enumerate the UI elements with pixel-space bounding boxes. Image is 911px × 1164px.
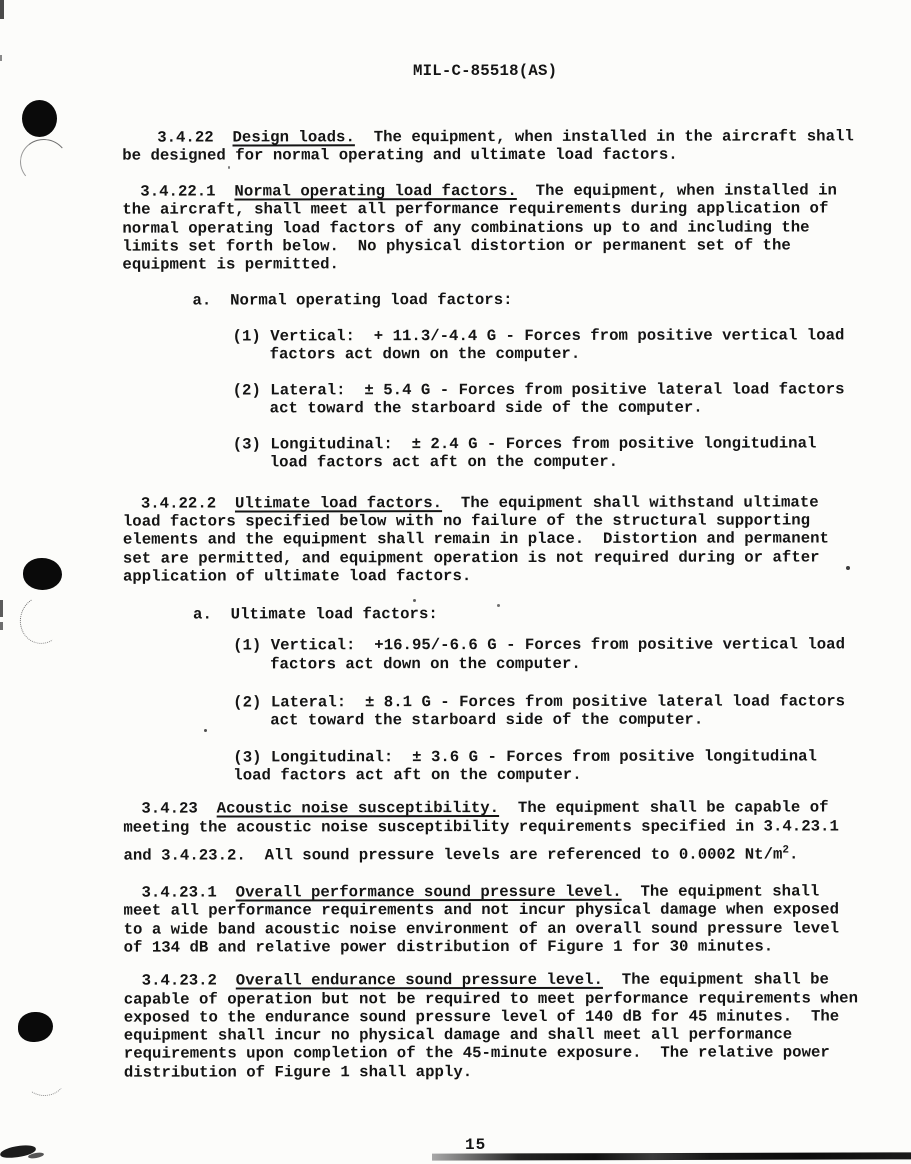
text-line: and 3.4.23.2. All sound pressure levels … xyxy=(123,841,893,865)
scan-arc-artifact-bottom xyxy=(22,1058,68,1098)
para-normal-operating-load-factors: 3.4.22.1 Normal operating load factors. … xyxy=(122,181,892,274)
scan-speck xyxy=(204,729,207,732)
item-ultimate-longitudinal: (3) Longitudinal: ± 3.6 G - Forces from … xyxy=(123,747,893,785)
text-line: normal operating load factors of any com… xyxy=(122,218,892,238)
left-edge-scan-mark xyxy=(0,622,3,630)
text-line: 3.4.22.1 Normal operating load factors. … xyxy=(122,181,892,201)
text-line: exposed to the endurance sound pressure … xyxy=(124,1007,894,1027)
text-line: the aircraft, shall meet all performance… xyxy=(122,200,892,220)
item-ultimate-vertical: (1) Vertical: +16.95/-6.6 G - Forces fro… xyxy=(123,636,893,674)
item-normal-longitudinal: (3) Longitudinal: ± 2.4 G - Forces from … xyxy=(123,434,893,472)
text-line: meet all performance requirements and no… xyxy=(124,901,894,921)
left-edge-scan-mark xyxy=(0,55,2,61)
text-line: of 134 dB and relative power distributio… xyxy=(124,937,894,957)
text-line: equipment is permitted. xyxy=(122,255,892,275)
scan-speck xyxy=(413,599,416,602)
text-line: (3) Longitudinal: ± 3.6 G - Forces from … xyxy=(123,747,893,767)
text-line: 3.4.23 Acoustic noise susceptibility. Th… xyxy=(123,799,893,819)
text-line: (2) Lateral: ± 8.1 G - Forces from posit… xyxy=(123,692,893,712)
text-line: factors act down on the computer. xyxy=(123,654,893,674)
text-line: be designed for normal operating and ult… xyxy=(122,146,892,166)
scan-speck xyxy=(846,566,850,570)
text-line: distribution of Figure 1 shall apply. xyxy=(124,1062,894,1082)
text-line: requirements upon completion of the 45-m… xyxy=(124,1044,894,1064)
list-label-normal-operating: a. Normal operating load factors: xyxy=(122,290,892,310)
scan-speck xyxy=(228,166,230,169)
text-line: load factors act aft on the computer. xyxy=(123,453,893,473)
text-line: meeting the acoustic noise susceptibilit… xyxy=(123,817,893,837)
para-ultimate-load-factors: 3.4.22.2 Ultimate load factors. The equi… xyxy=(123,493,893,586)
text-line: capable of operation but not be required… xyxy=(124,989,894,1009)
text-line: a. Normal operating load factors: xyxy=(122,290,892,310)
text-line: load factors act aft on the computer. xyxy=(123,765,893,785)
item-normal-vertical: (1) Vertical: + 11.3/-4.4 G - Forces fro… xyxy=(123,326,893,364)
list-label-ultimate: a. Ultimate load factors: xyxy=(123,604,893,624)
left-edge-scan-mark xyxy=(0,600,3,617)
bottom-scan-line xyxy=(432,1152,911,1160)
left-edge-scan-mark xyxy=(0,0,4,19)
punch-hole-mark-top xyxy=(22,100,57,137)
text-line: application of ultimate load factors. xyxy=(123,566,893,586)
punch-hole-mark-middle xyxy=(23,558,62,590)
para-design-loads: 3.4.22 Design loads. The equipment, when… xyxy=(122,127,892,165)
para-overall-endurance-sound-pressure-level: 3.4.23.2 Overall endurance sound pressur… xyxy=(124,971,894,1082)
text-line: equipment shall incur no physical damage… xyxy=(124,1026,894,1046)
text-line: set are permitted, and equipment operati… xyxy=(123,548,893,568)
scan-speck xyxy=(497,604,500,607)
text-line: 3.4.22.2 Ultimate load factors. The equi… xyxy=(123,493,893,513)
document-number-header: MIL-C-85518(AS) xyxy=(413,62,557,80)
text-line: load factors specified below with no fai… xyxy=(123,511,893,531)
text-line: 3.4.22 Design loads. The equipment, when… xyxy=(122,127,892,147)
punch-hole-mark-bottom xyxy=(18,1012,53,1042)
text-line: (3) Longitudinal: ± 2.4 G - Forces from … xyxy=(123,434,893,454)
document-body: 3.4.22 Design loads. The equipment, when… xyxy=(122,127,894,1081)
text-line: (1) Vertical: +16.95/-6.6 G - Forces fro… xyxy=(123,636,893,656)
para-acoustic-noise-susceptibility: 3.4.23 Acoustic noise susceptibility. Th… xyxy=(123,799,893,865)
scan-arc-artifact-top xyxy=(18,137,71,188)
item-normal-lateral: (2) Lateral: ± 5.4 G - Forces from posit… xyxy=(123,380,893,418)
para-overall-performance-sound-pressure-level: 3.4.23.1 Overall performance sound press… xyxy=(123,882,893,957)
text-line: elements and the equipment shall remain … xyxy=(123,530,893,550)
text-line: act toward the starboard side of the com… xyxy=(123,399,893,419)
text-line: to a wide band acoustic noise environmen… xyxy=(124,919,894,939)
scan-arc-artifact-middle xyxy=(15,591,69,648)
text-line: limits set forth below. No physical dist… xyxy=(122,236,892,256)
text-line: 3.4.23.1 Overall performance sound press… xyxy=(123,882,893,902)
text-line: a. Ultimate load factors: xyxy=(123,604,893,624)
item-ultimate-lateral: (2) Lateral: ± 8.1 G - Forces from posit… xyxy=(123,692,893,730)
text-line: 3.4.23.2 Overall endurance sound pressur… xyxy=(124,971,894,991)
text-line: act toward the starboard side of the com… xyxy=(123,711,893,731)
text-line: (2) Lateral: ± 5.4 G - Forces from posit… xyxy=(123,380,893,400)
page-number: 15 xyxy=(465,1136,486,1154)
text-line: factors act down on the computer. xyxy=(123,345,893,365)
scanned-document-page: MIL-C-85518(AS) 3.4.22 Design loads. The… xyxy=(0,0,911,1164)
text-line: (1) Vertical: + 11.3/-4.4 G - Forces fro… xyxy=(123,326,893,346)
